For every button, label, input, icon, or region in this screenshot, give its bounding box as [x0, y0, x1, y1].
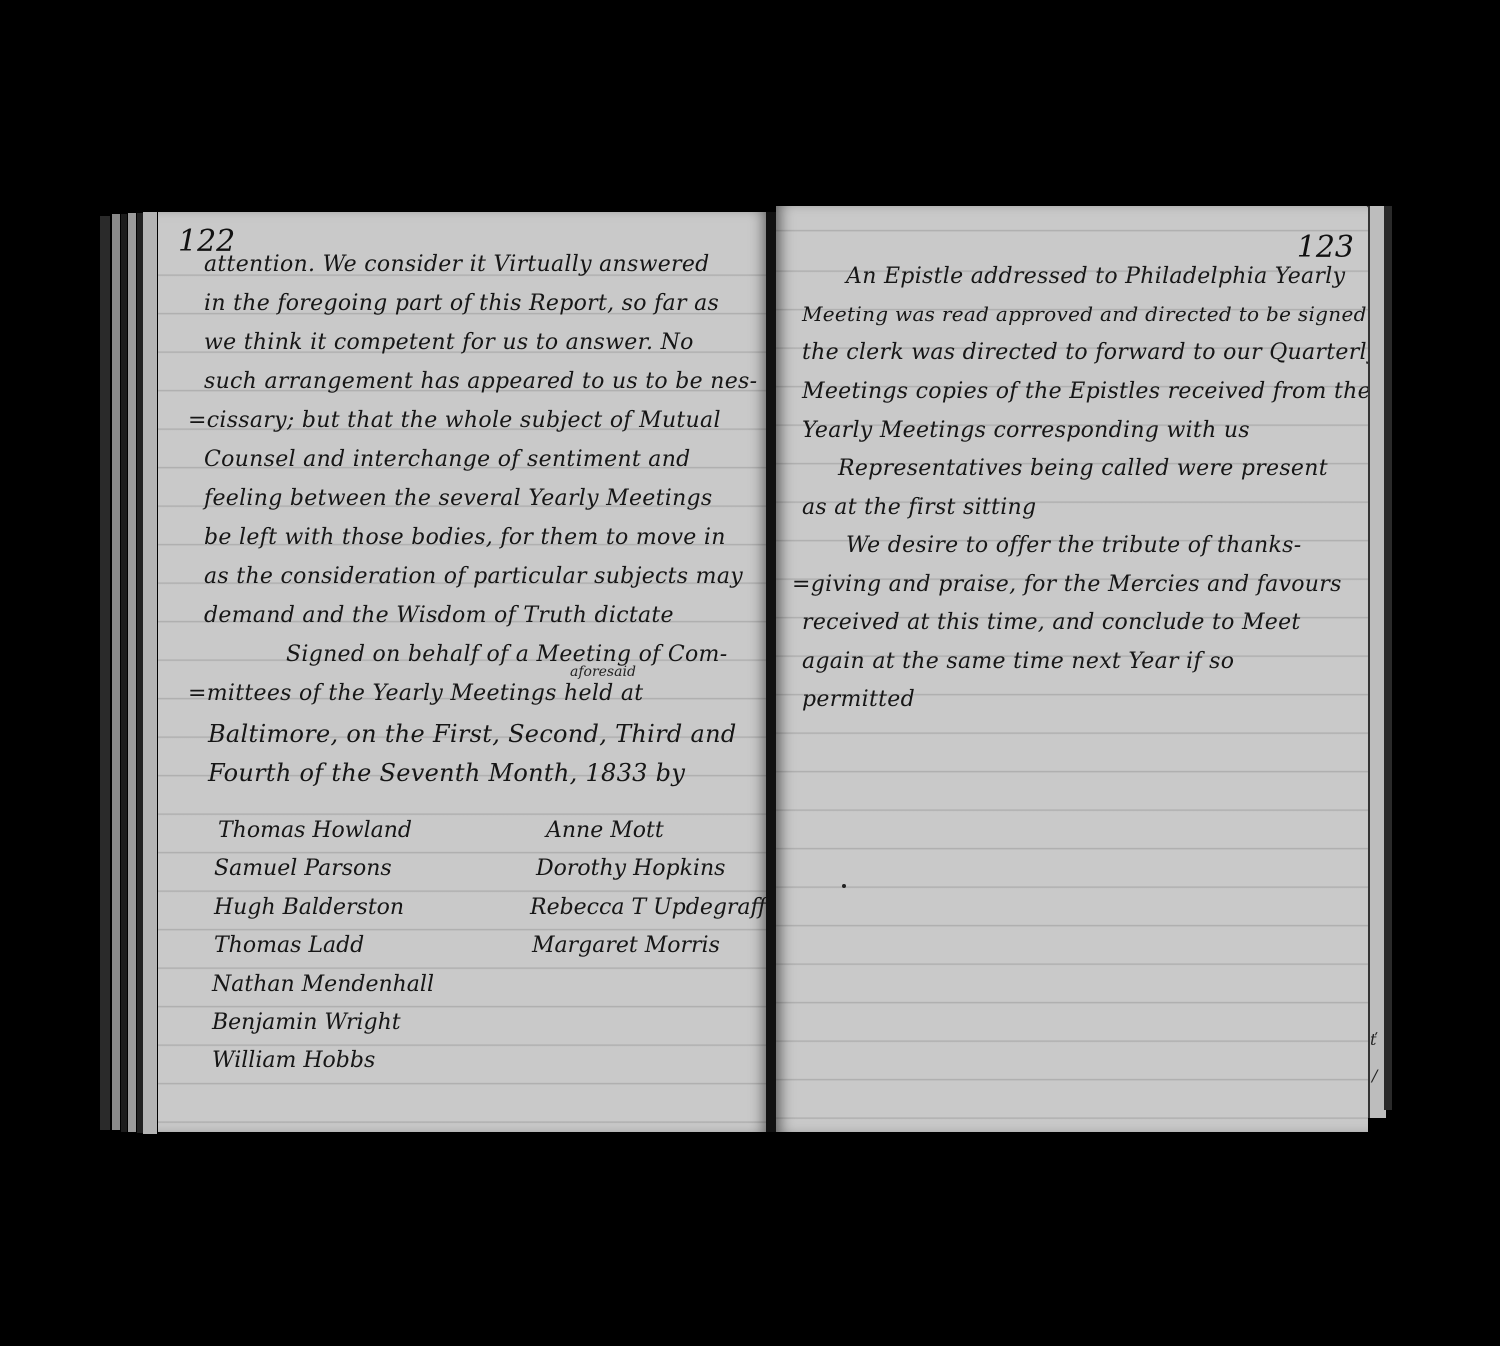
page-number-right: 123 [1297, 230, 1354, 265]
text-line: =giving and praise, for the Mercies and … [792, 572, 1342, 597]
text-line: Meetings copies of the Epistles received… [802, 379, 1371, 404]
text-line: =mittees of the Yearly Meetings held at [188, 681, 643, 706]
text-line: Signed on behalf of a Meeting of Com- [286, 642, 727, 667]
text-line: =cissary; but that the whole subject of … [188, 408, 721, 433]
text-line: An Epistle addressed to Philadelphia Yea… [846, 264, 1345, 289]
text-line: such arrangement has appeared to us to b… [204, 369, 757, 394]
text-line: feeling between the several Yearly Meeti… [204, 486, 713, 511]
left-page: 122 attention. We consider it Virtually … [158, 212, 768, 1132]
text-line: Representatives being called were presen… [838, 456, 1328, 481]
signature: Thomas Howland [218, 818, 412, 843]
margin-ink-mark: / [1372, 1066, 1377, 1085]
text-line: in the foregoing part of this Report, so… [204, 291, 719, 316]
signature: Thomas Ladd [214, 933, 364, 958]
signature: Margaret Morris [532, 933, 720, 958]
margin-ink-mark: ť [1370, 1030, 1376, 1049]
text-line: permitted [802, 687, 915, 712]
signature: Benjamin Wright [212, 1010, 401, 1035]
interlinear-insertion: aforesaid [570, 664, 636, 680]
signature: Rebecca T Updegraff [530, 895, 766, 920]
text-line: Counsel and interchange of sentiment and [204, 447, 691, 472]
page-stack-edge [121, 214, 127, 1132]
signature: Nathan Mendenhall [212, 972, 434, 997]
page-stack-edge [100, 216, 110, 1130]
signature: Samuel Parsons [214, 856, 392, 881]
signature: William Hobbs [212, 1048, 375, 1073]
text-line: as at the first sitting [802, 495, 1036, 520]
page-fore-edge [1384, 206, 1392, 1110]
text-line: demand and the Wisdom of Truth dictate [204, 603, 674, 628]
page-stack-edge [112, 214, 120, 1130]
text-line: attention. We consider it Virtually answ… [204, 252, 710, 277]
page-stack-edge [143, 212, 157, 1134]
text-line: We desire to offer the tribute of thanks… [846, 533, 1301, 558]
text-line: be left with those bodies, for them to m… [204, 525, 726, 550]
text-line: Yearly Meetings corresponding with us [802, 418, 1250, 443]
text-line: again at the same time next Year if so [802, 649, 1234, 674]
right-page: 123 An Epistle addressed to Philadelphia… [776, 206, 1368, 1132]
signature: Hugh Balderston [214, 895, 404, 920]
ink-speck [842, 884, 846, 888]
text-line: as the consideration of particular subje… [204, 564, 743, 589]
text-line: we think it competent for us to answer. … [204, 330, 694, 355]
signature: Anne Mott [546, 818, 664, 843]
text-line: received at this time, and conclude to M… [802, 610, 1301, 635]
text-line: Meeting was read approved and directed t… [802, 302, 1367, 326]
text-line: the clerk was directed to forward to our… [802, 340, 1380, 365]
text-line: Fourth of the Seventh Month, 1833 by [208, 759, 685, 787]
page-stack-edge [128, 213, 136, 1132]
text-line: Baltimore, on the First, Second, Third a… [208, 720, 737, 748]
signature: Dorothy Hopkins [536, 856, 725, 881]
